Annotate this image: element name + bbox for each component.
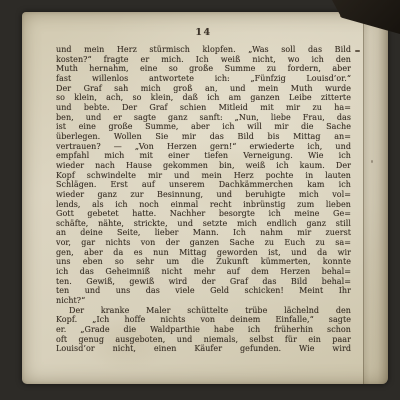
text-line: er. „Grade die Waldparthie habe ich früh… xyxy=(56,325,351,335)
text-line: und mein Herz stürmisch klopfen. „Was so… xyxy=(56,45,351,55)
text-line: Muth hernahm, eine so große Summe zu for… xyxy=(56,64,351,74)
text-line: lends, als ich noch einmal recht inbrüns… xyxy=(56,200,351,210)
text-line: Kopf. „Ich hoffe nichts von deinem Einfa… xyxy=(56,315,351,325)
text-line: vertrauen? — „Von Herzen gern!“ erwieder… xyxy=(56,142,351,152)
text-line: wieder ganz zur Besinnung, und beruhigte… xyxy=(56,190,351,200)
text-line: wieder nach Hause gekommen bin, weiß ich… xyxy=(56,161,351,171)
text-line: uns eben so sehr um die Zukunft kümmerte… xyxy=(56,257,351,267)
text-line: ten. Gewiß, gewiß wird der Graf das Bild… xyxy=(56,277,351,287)
page-fold-edge xyxy=(363,12,388,384)
text-line: überlegen. Wollen Sie mir das Bild bis M… xyxy=(56,132,351,142)
text-line: fast willenlos antwortete ich: „Fünfzig … xyxy=(56,74,351,84)
page-number: 14 xyxy=(56,27,351,38)
text-line: Louisd’or nicht, einen Käufer gefunden. … xyxy=(56,344,351,354)
text-line: ist eine große Summe, aber ich will mir … xyxy=(56,122,351,132)
text-block: und mein Herz stürmisch klopfen. „Was so… xyxy=(56,45,351,354)
text-line: oft genug ausgeboten, und niemals, selbs… xyxy=(56,335,351,345)
text-line: ben, und er sagte ganz sanft: „Nun, lieb… xyxy=(56,113,351,123)
book-scan: 14 und mein Herz stürmisch klopfen. „Was… xyxy=(0,0,400,400)
text-line: schäfte, nähte, strickte, und setzte mic… xyxy=(56,219,351,229)
book-page: 14 und mein Herz stürmisch klopfen. „Was… xyxy=(22,12,388,384)
text-line: Kopf schwindelte mir und mein Herz pocht… xyxy=(56,171,351,181)
text-line: und bebte. Der Graf schien Mitleid mit m… xyxy=(56,103,351,113)
text-line: nicht?“ xyxy=(56,296,351,306)
text-line: gen, aber da es nun Mittag geworden ist,… xyxy=(56,248,351,258)
text-line: Schlägen. Erst auf unserem Dachkämmerche… xyxy=(56,180,351,190)
text-line: ich das Geheimniß nicht mehr auf dem Her… xyxy=(56,267,351,277)
text-line: so klein, ach, so klein, daß ich am ganz… xyxy=(56,93,351,103)
text-line: kosten?“ fragte er mich. Ich weiß nicht,… xyxy=(56,55,351,65)
text-line: Der kranke Maler schüttelte trübe lächel… xyxy=(56,306,351,316)
text-line: ten und uns das viele Geld schicken! Mei… xyxy=(56,286,351,296)
text-line: empfahl mich mit einer tiefen Verneigung… xyxy=(56,151,351,161)
text-line: Der Graf sah mich groß an, und mein Muth… xyxy=(56,84,351,94)
text-line: vor, gar nichts von der ganzen Sache zu … xyxy=(56,238,351,248)
text-line: an deine Seite, lieber Mann. Ich nahm mi… xyxy=(56,228,351,238)
text-line: Gott gebetet hatte. Nachher besorgte ich… xyxy=(56,209,351,219)
